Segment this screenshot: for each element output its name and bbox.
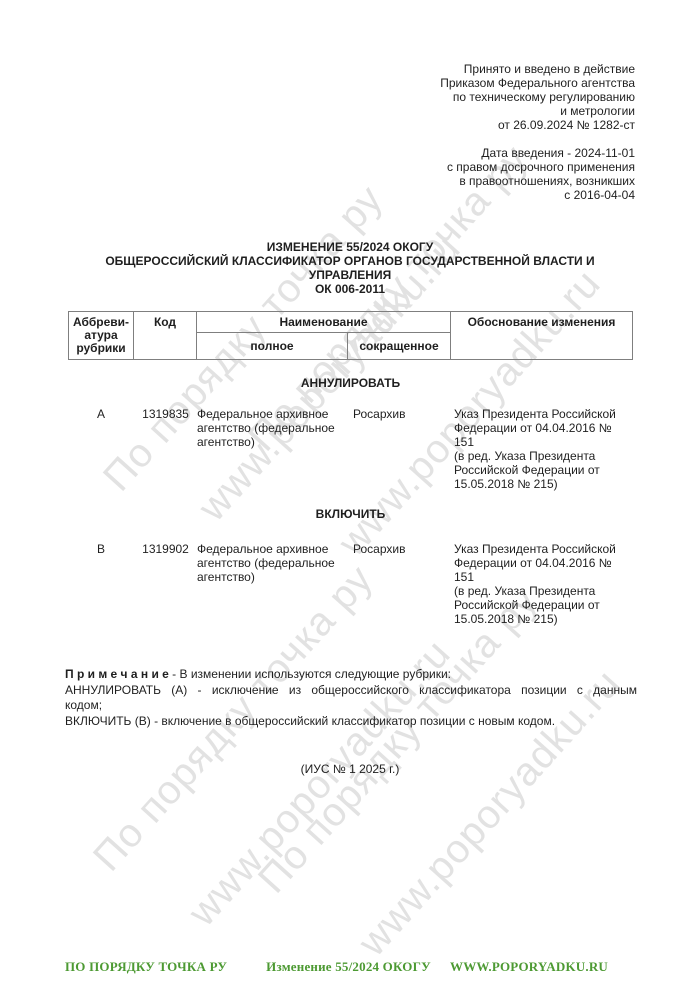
acceptance-line: от 26.09.2024 № 1282-ст <box>440 118 635 132</box>
acceptance-line: Принято и введено в действие <box>440 62 635 76</box>
abbr-cell: В <box>68 542 134 626</box>
note-line: ВКЛЮЧИТЬ (В) - включение в общероссийски… <box>65 714 637 730</box>
header-cell-name-short: сокращенное <box>348 333 451 359</box>
note-line: кодом; <box>65 698 637 714</box>
introduction-line: с 2016-04-04 <box>447 188 635 202</box>
introduction-block: Дата введения - 2024-11-01 с правом доср… <box>447 146 635 202</box>
acceptance-line: по техническому регулированию <box>440 90 635 104</box>
note-line: АННУЛИРОВАТЬ (А) - исключение из общерос… <box>65 683 637 699</box>
table-row-annul: А 1319835 Федеральное архивное агентство… <box>68 407 633 491</box>
footer-site: WWW.POPORYADKU.RU <box>450 959 632 975</box>
note-first-line: П р и м е ч а н и е - В изменении исполь… <box>65 667 637 683</box>
ius-note: (ИУС № 1 2025 г.) <box>65 762 635 776</box>
acceptance-line: и метрологии <box>440 104 635 118</box>
section-heading-annul: АННУЛИРОВАТЬ <box>68 376 633 390</box>
short-name-cell: Росархив <box>348 542 451 626</box>
justification-cell: Указ Президента Российской Федерации от … <box>451 542 633 626</box>
title-line: ОК 006-2011 <box>65 282 635 296</box>
acceptance-line: Приказом Федерального агентства <box>440 76 635 90</box>
short-name-cell: Росархив <box>348 407 451 491</box>
page-footer: ПО ПОРЯДКУ ТОЧКА РУ Изменение 55/2024 ОК… <box>65 959 632 975</box>
header-cell-name: Наименование <box>197 312 451 333</box>
introduction-line: в правоотношениях, возникших <box>447 174 635 188</box>
acceptance-block: Принято и введено в действие Приказом Фе… <box>440 62 635 132</box>
introduction-line: Дата введения - 2024-11-01 <box>447 146 635 160</box>
section-heading-include: ВКЛЮЧИТЬ <box>68 507 633 521</box>
header-cell-abbr: Аббреви- атура рубрики <box>69 312 134 359</box>
code-cell: 1319835 <box>134 407 197 491</box>
note-label: П р и м е ч а н и е <box>65 667 169 681</box>
code-cell: 1319902 <box>134 542 197 626</box>
document-title: ИЗМЕНЕНИЕ 55/2024 ОКОГУ ОБЩЕРОССИЙСКИЙ К… <box>65 240 635 296</box>
footer-doc-label: Изменение 55/2024 ОКОГУ <box>266 959 431 975</box>
table-header: Аббреви- атура рубрики Код Наименование … <box>68 311 633 360</box>
full-name-cell: Федеральное архивное агентство (федераль… <box>197 542 348 626</box>
header-cell-justification: Обоснование изменения <box>451 312 632 359</box>
full-name-cell: Федеральное архивное агентство (федераль… <box>197 407 348 491</box>
introduction-line: с правом досрочного применения <box>447 160 635 174</box>
title-line: ОБЩЕРОССИЙСКИЙ КЛАССИФИКАТОР ОРГАНОВ ГОС… <box>65 254 635 268</box>
justification-cell: Указ Президента Российской Федерации от … <box>451 407 633 491</box>
header-cell-code: Код <box>134 312 197 359</box>
table-row-include: В 1319902 Федеральное архивное агентство… <box>68 542 633 626</box>
footer-brand: ПО ПОРЯДКУ ТОЧКА РУ <box>65 959 227 975</box>
header-cell-name-full: полное <box>197 333 348 359</box>
note-intro: - В изменении используются следующие руб… <box>172 667 451 681</box>
title-line: УПРАВЛЕНИЯ <box>65 268 635 282</box>
abbr-cell: А <box>68 407 134 491</box>
note-block: П р и м е ч а н и е - В изменении исполь… <box>65 667 637 729</box>
title-line: ИЗМЕНЕНИЕ 55/2024 ОКОГУ <box>65 240 635 254</box>
document-page: По порядку точка ру www.poporyadku.ru По… <box>0 0 700 990</box>
